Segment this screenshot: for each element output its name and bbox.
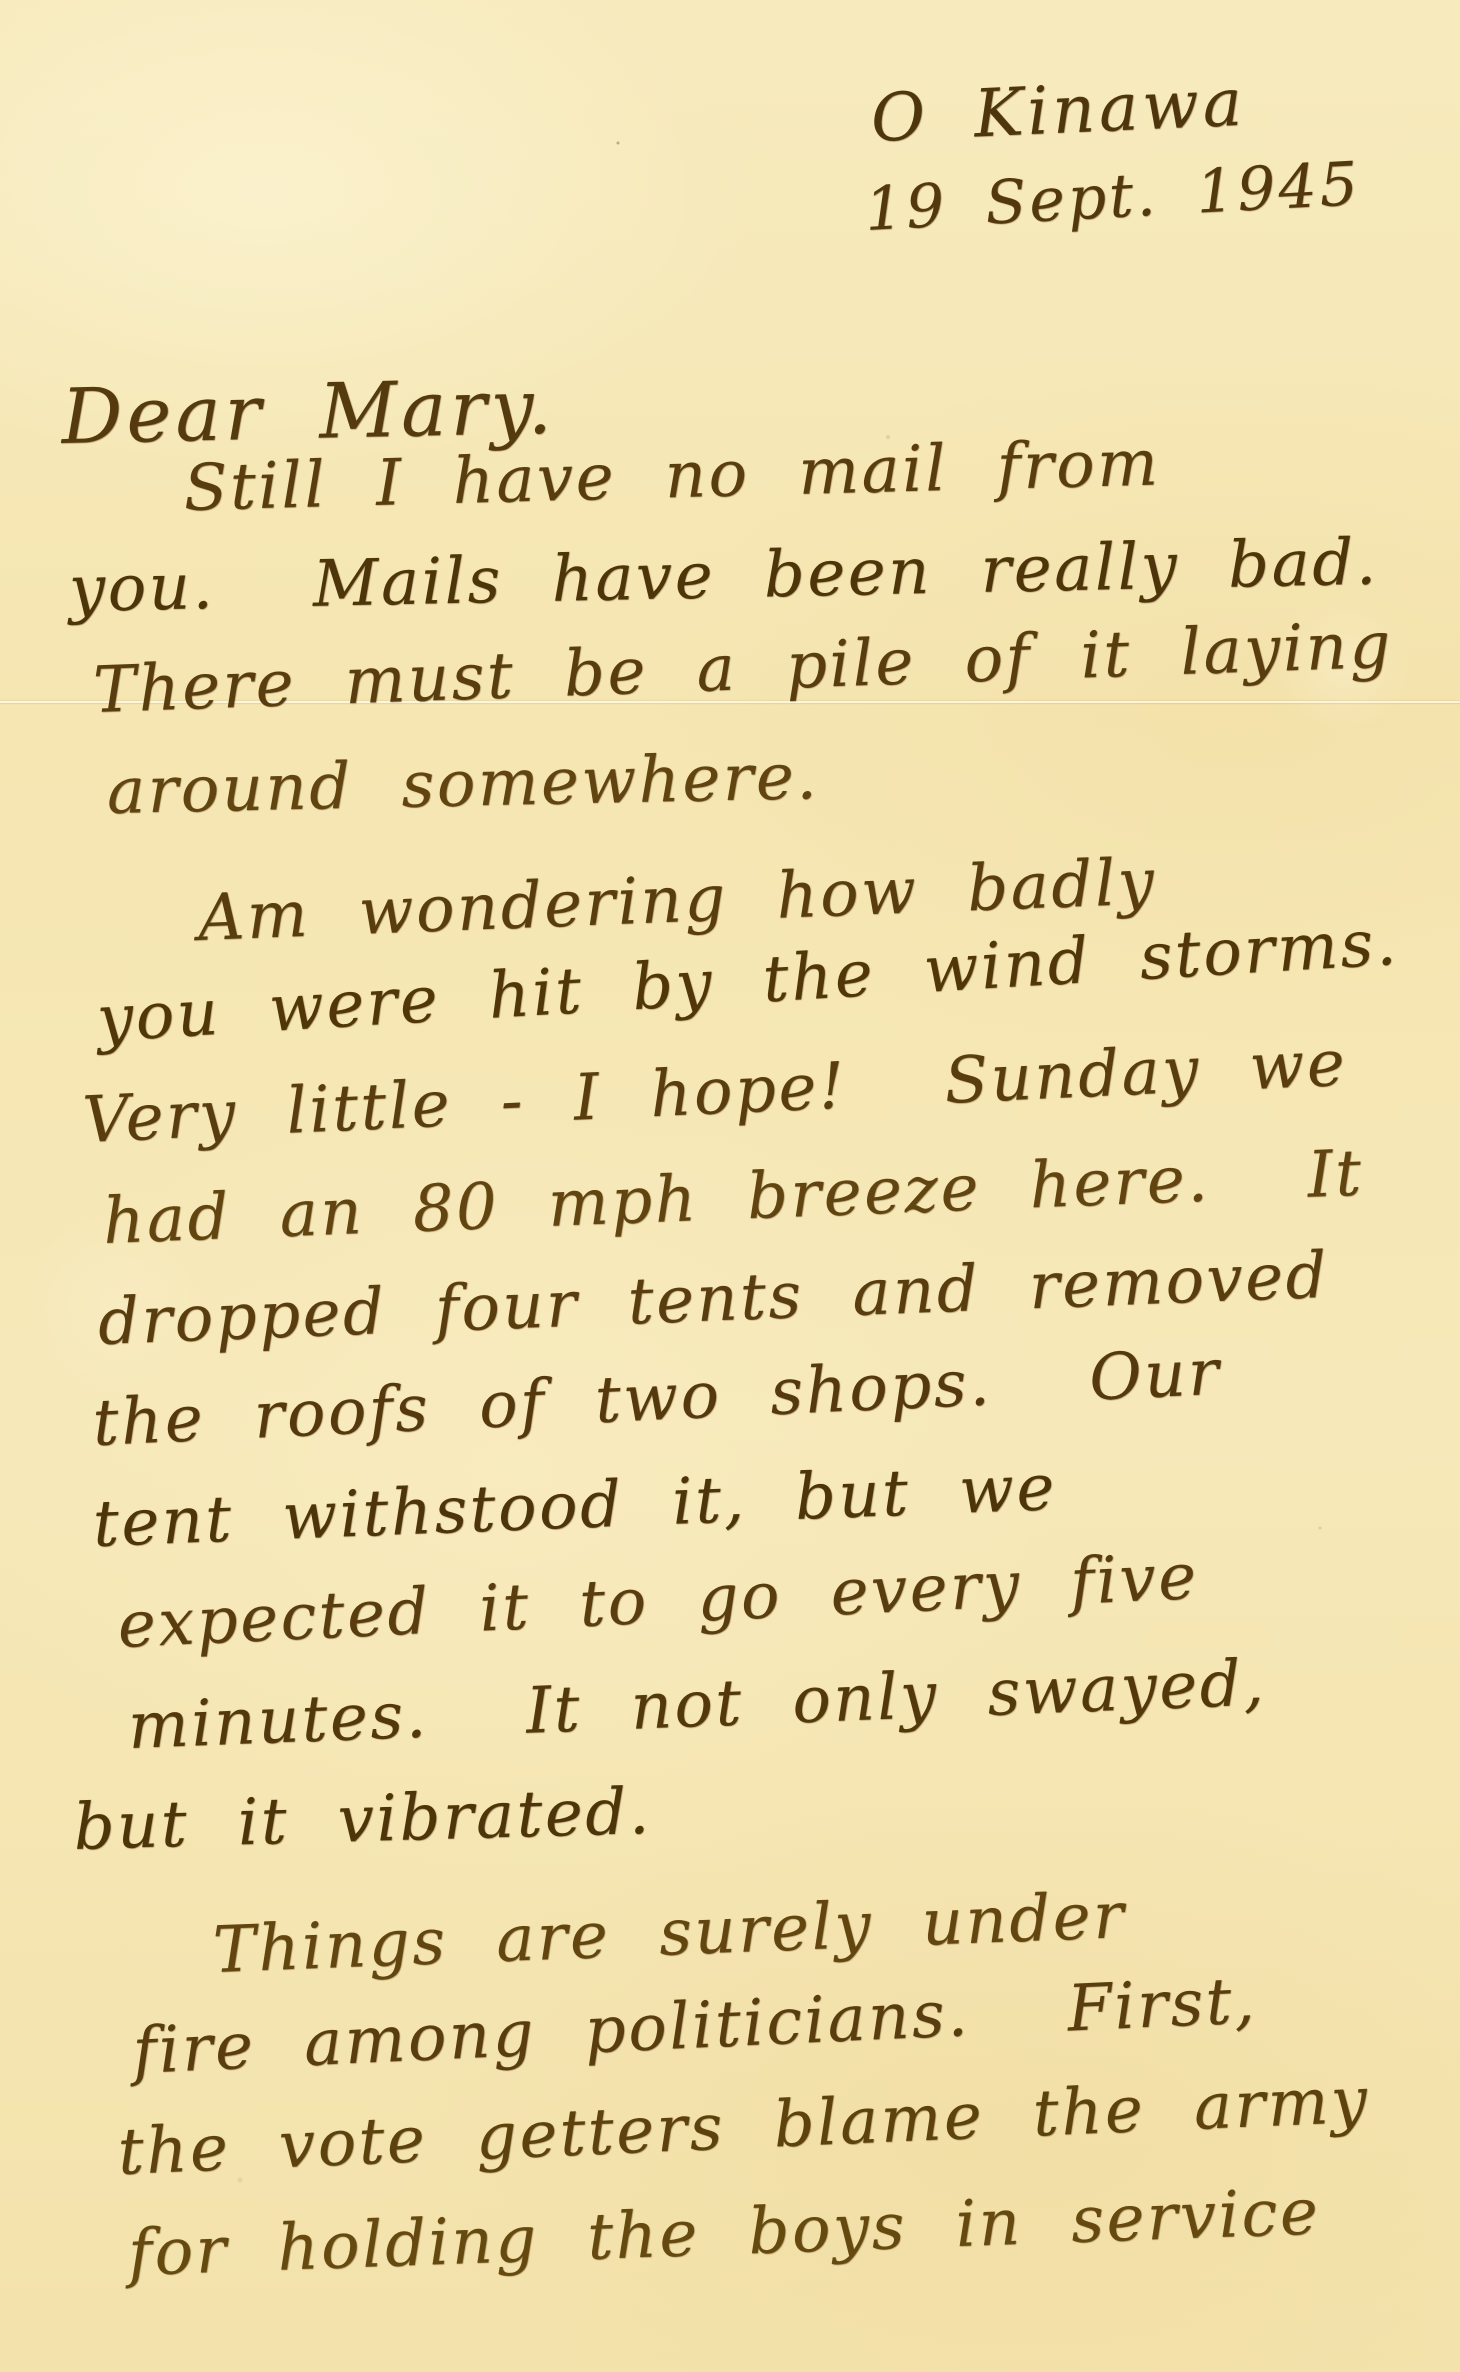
letter-body: Still I have no mail fromyou. Mails have… xyxy=(0,452,1460,2318)
heading-date: 19 Sept. 1945 xyxy=(863,149,1362,245)
heading-place: O Kinawa xyxy=(869,59,1362,157)
letter-heading: O Kinawa 19 Sept. 1945 xyxy=(872,80,1362,245)
letter-page: O Kinawa 19 Sept. 1945 Dear Mary. Still … xyxy=(0,0,1460,2372)
